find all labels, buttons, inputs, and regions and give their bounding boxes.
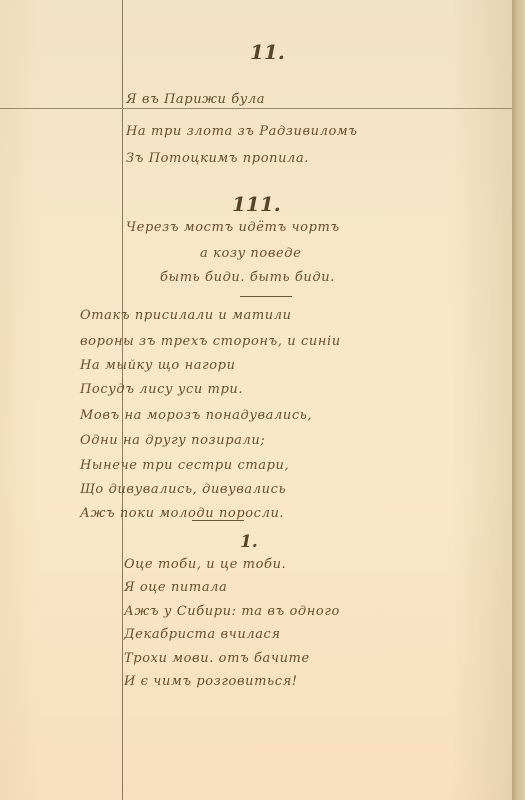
verse-line: Зъ Потоцкимъ пропила. xyxy=(126,151,309,166)
section-numeral-111: 111. xyxy=(232,192,281,216)
verse-line: И є чимъ розговиться! xyxy=(124,674,298,689)
section-divider xyxy=(192,520,244,521)
verse-line: На три злота зъ Радзивиломъ xyxy=(126,124,358,139)
section-divider xyxy=(240,296,292,297)
verse-line: Я въ Парижи була xyxy=(126,92,265,107)
verse-line: быть биди. быть биди. xyxy=(160,270,335,285)
verse-line: На мыйку що нагори xyxy=(80,358,236,373)
section-numeral-1: 1. xyxy=(240,532,258,552)
verse-line: ворoны зъ трехъ сторонъ, и синіи xyxy=(80,334,341,349)
verse-line: Мовъ на морозъ понадувались, xyxy=(80,408,312,423)
verse-line: Отакъ присилали и матили xyxy=(80,308,292,323)
verse-line: Посудъ лису уси три. xyxy=(80,382,243,397)
verse-line: Ажъ поки молоди поросли. xyxy=(80,506,284,521)
verse-line: Нынече три сестри стари, xyxy=(80,458,289,473)
verse-line: Що дивувались, дивувались xyxy=(80,482,286,497)
margin-rule xyxy=(122,0,123,800)
verse-line: Трохи мови. отъ бачите xyxy=(124,651,310,666)
verse-line: Декабриста вчилася xyxy=(124,627,281,642)
section-numeral-11: 11. xyxy=(250,40,285,64)
verse-line: Черезъ мостъ идётъ чортъ xyxy=(126,220,340,235)
horizontal-rule xyxy=(0,108,512,109)
verse-line: Оце тоби, и це тоби. xyxy=(124,557,286,572)
verse-line: Одни на другу позирали; xyxy=(80,433,265,448)
verse-line: Ажъ у Сибири: та въ одного xyxy=(124,604,340,619)
verse-line: а козу поведе xyxy=(200,246,301,261)
verse-line: Я оце питала xyxy=(124,580,227,595)
page-edge xyxy=(512,0,525,800)
